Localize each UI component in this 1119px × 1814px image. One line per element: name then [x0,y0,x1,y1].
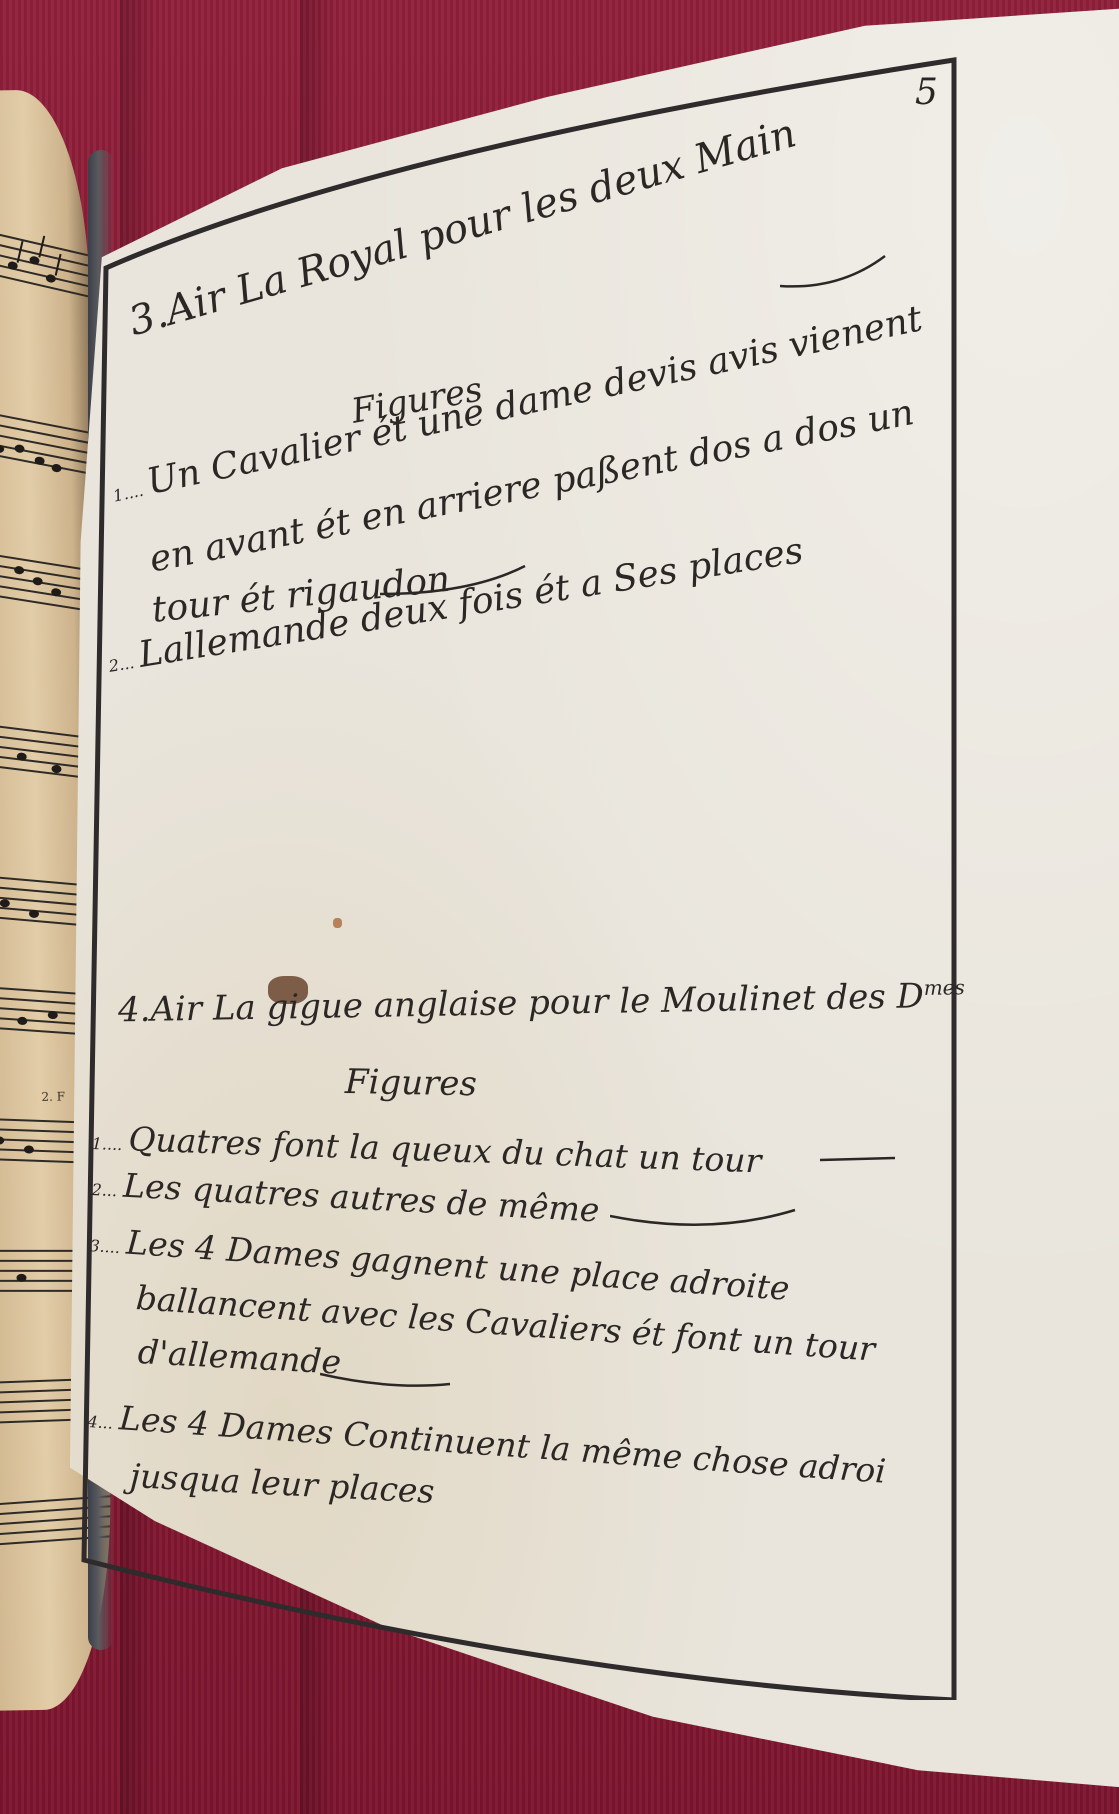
flourish-line [780,250,890,300]
flourish-line [320,1366,460,1396]
figure-number: 1.... [91,1134,122,1154]
section-4-heading: Figures [345,1062,478,1104]
figure-number: 4... [87,1412,114,1433]
figure-number: 2... [91,1180,117,1200]
stain-spot [333,918,342,928]
flourish-line [820,1150,900,1170]
facing-page-label: 2. F [41,1089,65,1103]
figure-number: 3.... [89,1236,121,1257]
figure-number: 2... [107,653,135,676]
title-superscript: mes [923,975,964,1000]
flourish-line [610,1200,800,1240]
figure-number: 1.... [111,481,145,506]
page-number: 5 [915,72,938,113]
